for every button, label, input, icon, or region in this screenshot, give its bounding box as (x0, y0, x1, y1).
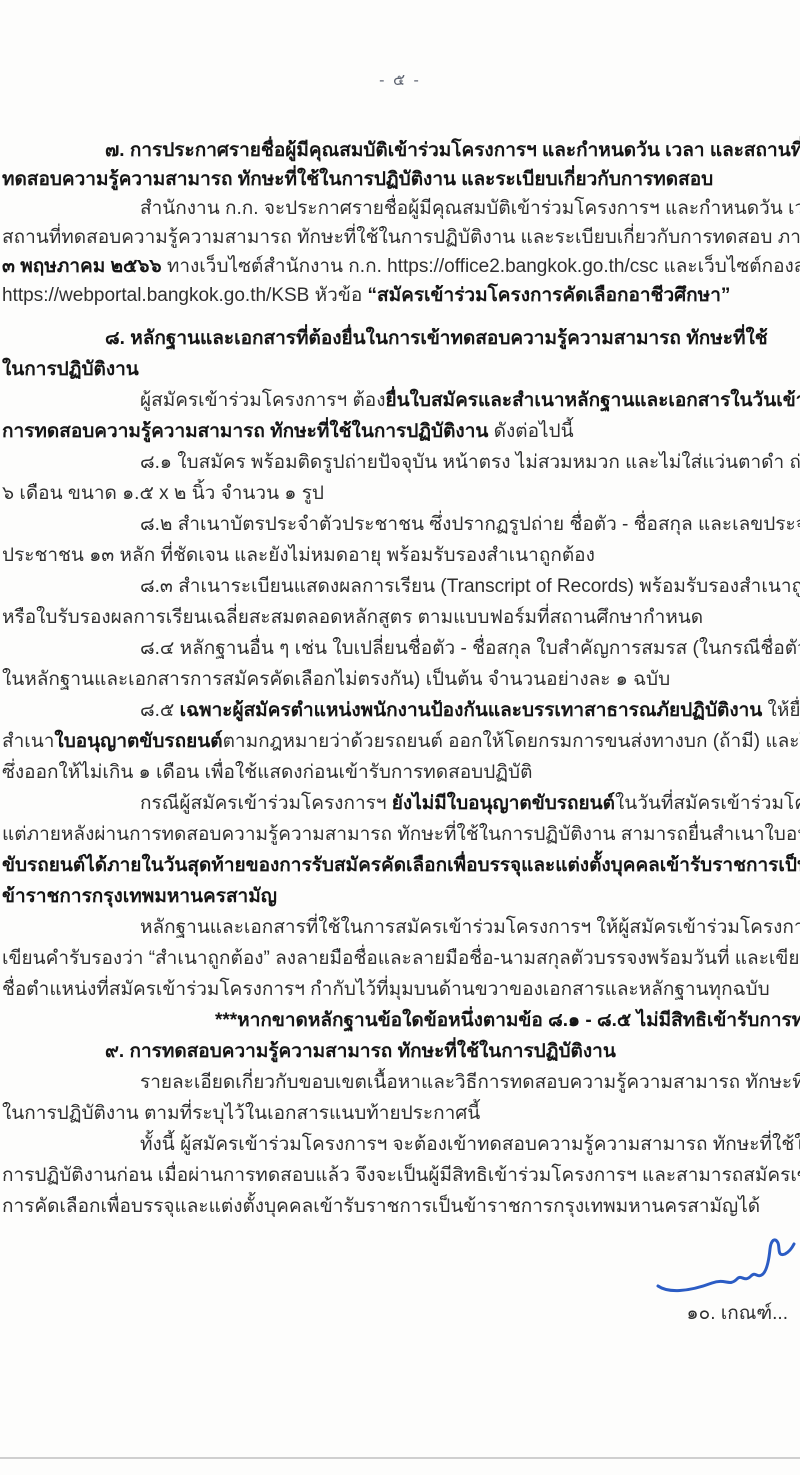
text-segment: ชื่อตำแหน่งที่สมัครเข้าร่วมโครงการฯ กำกั… (2, 979, 770, 1000)
text-segment: ยังไม่มีใบอนุญาตขับรถยนต์ (392, 793, 615, 814)
document-line: ซึ่งออกให้ไม่เกิน ๑ เดือน เพื่อใช้แสดงก่… (0, 757, 800, 788)
text-segment: ๘.๔ หลักฐานอื่น ๆ เช่น ใบเปลี่ยนชื่อตัว … (140, 638, 800, 659)
scan-artifact-line (0, 1457, 800, 1459)
document-line: รายละเอียดเกี่ยวกับขอบเขตเนื้อหาและวิธีก… (0, 1067, 800, 1098)
text-segment: “สมัครเข้าร่วมโครงการคัดเลือกอาชีวศึกษา” (368, 285, 731, 306)
document-line: ข้าราชการกรุงเทพมหานครสามัญ (0, 881, 800, 912)
document-line: หรือใบรับรองผลการเรียนเฉลี่ยสะสมตลอดหลัก… (0, 602, 800, 633)
document-line: ๘.๑ ใบสมัคร พร้อมติดรูปถ่ายปัจจุบัน หน้า… (0, 447, 800, 478)
text-segment: ยื่นใบสมัครและสำเนาหลักฐานและเอกสารในวัน… (385, 390, 800, 411)
text-segment: ๖ เดือน ขนาด ๑.๕ x ๒ นิ้ว จำนวน ๑ รูป (2, 483, 324, 504)
text-segment: ๓ พฤษภาคม ๒๕๖๖ (2, 256, 162, 277)
document-line: https://webportal.bangkok.go.th/KSB หัวข… (0, 281, 800, 310)
signature-path (658, 1240, 794, 1291)
document-line: ขับรถยนต์ได้ภายในวันสุดท้ายของการรับสมัค… (0, 850, 800, 881)
document-line: ๘.๕ เฉพาะผู้สมัครตำแหน่งพนักงานป้องกันแล… (0, 695, 800, 726)
text-segment: รายละเอียดเกี่ยวกับขอบเขตเนื้อหาและวิธีก… (140, 1072, 800, 1093)
text-segment: ๘.๒ สำเนาบัตรประจำตัวประชาชน ซึ่งปรากฏรู… (140, 514, 800, 535)
text-segment: ข้าราชการกรุงเทพมหานครสามัญ (2, 886, 277, 907)
text-segment: หรือใบรับรองผลการเรียนเฉลี่ยสะสมตลอดหลัก… (2, 607, 703, 628)
text-segment: ***หากขาดหลักฐานข้อใดข้อหนึ่งตามข้อ ๘.๑ … (215, 1010, 800, 1031)
text-segment: การทดสอบความรู้ความสามารถ ทักษะที่ใช้ในก… (2, 421, 488, 442)
document-line: ๓ พฤษภาคม ๒๕๖๖ ทางเว็บไซต์สำนักงาน ก.ก. … (0, 252, 800, 281)
text-segment: ทั้งนี้ ผู้สมัครเข้าร่วมโครงการฯ จะต้องเ… (140, 1134, 800, 1155)
document-line: ๙. การทดสอบความรู้ความสามารถ ทักษะที่ใช้… (0, 1036, 800, 1067)
document-line: กรณีผู้สมัครเข้าร่วมโครงการฯ ยังไม่มีใบอ… (0, 788, 800, 819)
text-segment: กรณีผู้สมัครเข้าร่วมโครงการฯ (140, 793, 392, 814)
page-number: - ๕ - (0, 0, 800, 92)
text-segment: ขับรถยนต์ได้ภายในวันสุดท้ายของการรับสมัค… (2, 855, 800, 876)
text-segment: สำนักงาน ก.ก. จะประกาศรายชื่อผู้มีคุณสมบ… (140, 198, 800, 219)
document-line: สถานที่ทดสอบความรู้ความสามารถ ทักษะที่ใช… (0, 223, 800, 252)
text-segment: ประชาชน ๑๓ หลัก ที่ชัดเจน และยังไม่หมดอา… (2, 545, 595, 566)
text-segment: ผู้สมัครเข้าร่วมโครงการฯ ต้อง (140, 390, 385, 411)
text-segment: การคัดเลือกเพื่อบรรจุและแต่งตั้งบุคคลเข้… (2, 1196, 760, 1217)
text-segment: ในการปฏิบัติงาน ตามที่ระบุไว้ในเอกสารแนบ… (2, 1103, 480, 1124)
text-segment: ทดสอบความรู้ความสามารถ ทักษะที่ใช้ในการป… (2, 169, 713, 190)
text-segment: เฉพาะผู้สมัครตำแหน่งพนักงานป้องกันและบรร… (180, 700, 763, 721)
text-segment: ซึ่งออกให้ไม่เกิน ๑ เดือน เพื่อใช้แสดงก่… (2, 762, 532, 783)
document-line: แต่ภายหลังผ่านการทดสอบความรู้ความสามารถ … (0, 819, 800, 850)
document-line: ๘.๓ สำเนาระเบียนแสดงผลการเรียน (Transcri… (0, 571, 800, 602)
document-line: ทั้งนี้ ผู้สมัครเข้าร่วมโครงการฯ จะต้องเ… (0, 1129, 800, 1160)
text-segment: เขียนคำรับรองว่า “สำเนาถูกต้อง” ลงลายมือ… (2, 948, 800, 969)
scanned-document-page: - ๕ - ๗. การประกาศรายชื่อผู้มีคุณสมบัติเ… (0, 0, 800, 1475)
signature-ink (652, 1228, 800, 1306)
text-segment: การปฏิบัติงานก่อน เมื่อผ่านการทดสอบแล้ว … (2, 1165, 800, 1186)
document-line: เขียนคำรับรองว่า “สำเนาถูกต้อง” ลงลายมือ… (0, 943, 800, 974)
text-segment: ใบอนุญาตขับรถยนต์ (54, 731, 222, 752)
text-segment: ในการปฏิบัติงาน (2, 359, 139, 380)
text-segment: ทางเว็บไซต์สำนักงาน ก.ก. https://office2… (162, 256, 800, 277)
document-line: ทดสอบความรู้ความสามารถ ทักษะที่ใช้ในการป… (0, 165, 800, 194)
continuation-label: ๑๐. เกณฑ์... (687, 1298, 788, 1328)
document-line: ***หากขาดหลักฐานข้อใดข้อหนึ่งตามข้อ ๘.๑ … (0, 1005, 800, 1036)
text-segment: ให้ยื่นหลักฐาน (762, 700, 800, 721)
text-segment: ๘.๓ สำเนาระเบียนแสดงผลการเรียน (Transcri… (140, 576, 800, 597)
document-line: การคัดเลือกเพื่อบรรจุและแต่งตั้งบุคคลเข้… (0, 1191, 800, 1222)
text-segment: ๙. การทดสอบความรู้ความสามารถ ทักษะที่ใช้… (105, 1041, 616, 1062)
document-line: ๘.๔ หลักฐานอื่น ๆ เช่น ใบเปลี่ยนชื่อตัว … (0, 633, 800, 664)
document-line: ๘.๒ สำเนาบัตรประจำตัวประชาชน ซึ่งปรากฏรู… (0, 509, 800, 540)
text-segment: ๗. การประกาศรายชื่อผู้มีคุณสมบัติเข้าร่ว… (105, 140, 800, 161)
text-segment: ในหลักฐานและเอกสารการสมัครคัดเลือกไม่ตรง… (2, 669, 670, 690)
text-segment: ในวันที่สมัครเข้าร่วมโครงการฯ (615, 793, 800, 814)
text-segment: https://webportal.bangkok.go.th/KSB หัวข… (2, 285, 368, 306)
document-line: ๘. หลักฐานและเอกสารที่ต้องยื่นในการเข้าท… (0, 323, 800, 354)
text-segment: แต่ภายหลังผ่านการทดสอบความรู้ความสามารถ … (2, 824, 800, 845)
text-segment: ๘.๑ ใบสมัคร พร้อมติดรูปถ่ายปัจจุบัน หน้า… (140, 452, 800, 473)
text-segment: ๘.๕ (140, 700, 180, 721)
document-lines: ๗. การประกาศรายชื่อผู้มีคุณสมบัติเข้าร่ว… (0, 136, 800, 1222)
text-segment: ดังต่อไปนี้ (488, 421, 573, 442)
document-line: ในการปฏิบัติงาน (0, 354, 800, 385)
text-segment: หลักฐานและเอกสารที่ใช้ในการสมัครเข้าร่วม… (140, 917, 800, 938)
document-line: สำเนาใบอนุญาตขับรถยนต์ตามกฎหมายว่าด้วยรถ… (0, 726, 800, 757)
document-line: การปฏิบัติงานก่อน เมื่อผ่านการทดสอบแล้ว … (0, 1160, 800, 1191)
document-line: ชื่อตำแหน่งที่สมัครเข้าร่วมโครงการฯ กำกั… (0, 974, 800, 1005)
text-segment: สถานที่ทดสอบความรู้ความสามารถ ทักษะที่ใช… (2, 227, 800, 248)
document-line: สำนักงาน ก.ก. จะประกาศรายชื่อผู้มีคุณสมบ… (0, 194, 800, 223)
text-segment: สำเนา (2, 731, 54, 752)
document-line: การทดสอบความรู้ความสามารถ ทักษะที่ใช้ในก… (0, 416, 800, 447)
text-segment: ตามกฎหมายว่าด้วยรถยนต์ ออกให้โดยกรมการขน… (223, 731, 800, 752)
document-line: ๖ เดือน ขนาด ๑.๕ x ๒ นิ้ว จำนวน ๑ รูป (0, 478, 800, 509)
document-line: ๗. การประกาศรายชื่อผู้มีคุณสมบัติเข้าร่ว… (0, 136, 800, 165)
document-line: ประชาชน ๑๓ หลัก ที่ชัดเจน และยังไม่หมดอา… (0, 540, 800, 571)
document-line: ในหลักฐานและเอกสารการสมัครคัดเลือกไม่ตรง… (0, 664, 800, 695)
document-line: ในการปฏิบัติงาน ตามที่ระบุไว้ในเอกสารแนบ… (0, 1098, 800, 1129)
text-segment: ๘. หลักฐานและเอกสารที่ต้องยื่นในการเข้าท… (105, 328, 768, 349)
document-line: ผู้สมัครเข้าร่วมโครงการฯ ต้องยื่นใบสมัคร… (0, 385, 800, 416)
document-line: หลักฐานและเอกสารที่ใช้ในการสมัครเข้าร่วม… (0, 912, 800, 943)
